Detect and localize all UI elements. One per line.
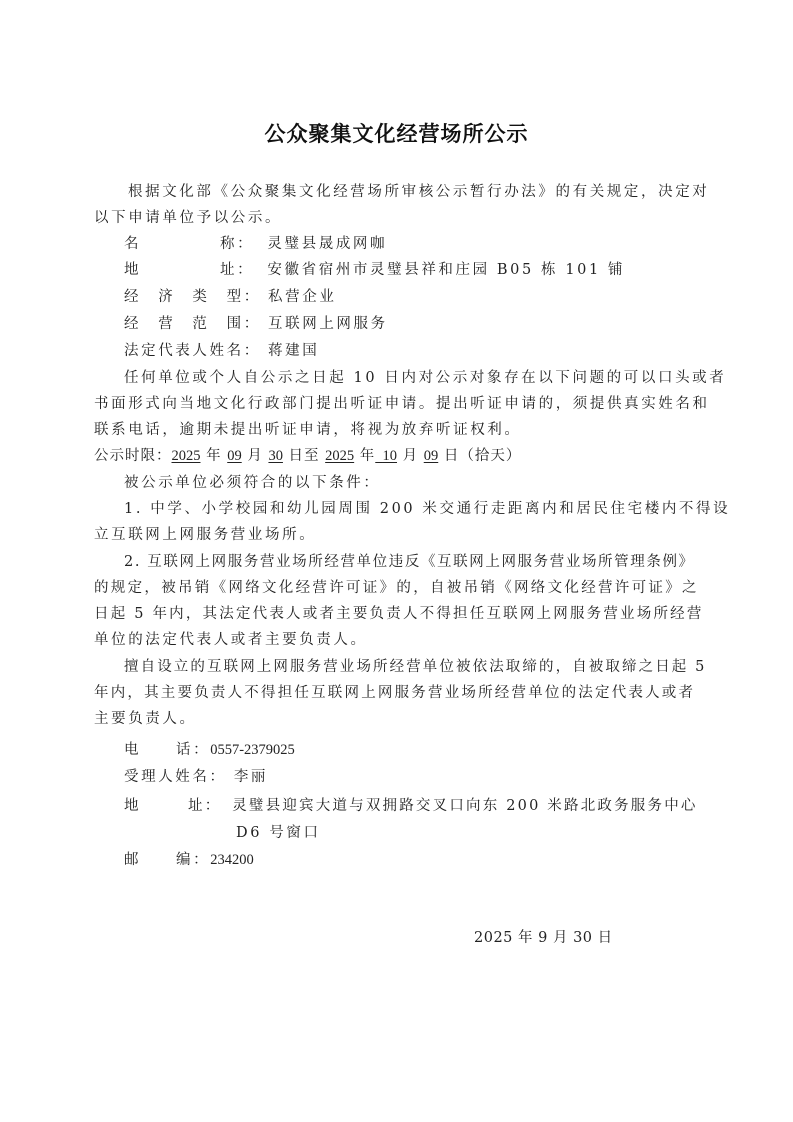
field-label: 名 xyxy=(124,232,220,253)
field-label: 址： xyxy=(220,262,254,278)
to-char: 日至 xyxy=(289,448,320,464)
month-char: 月 xyxy=(403,448,419,464)
economy-type-row: 经 济 类 型： 私营企业 xyxy=(124,285,336,306)
phone-value: 0557-2379025 xyxy=(210,742,295,758)
intro-line-1: 根据文化部《公众聚集文化经营场所审核公示暂行办法》的有关规定，决定对 xyxy=(128,180,709,201)
month-char: 月 xyxy=(247,448,263,464)
applicant-address-row: 地址： 安徽省宿州市灵璧县祥和庄园 B05 栋 101 铺 xyxy=(124,258,625,279)
hearing-line-1: 任何单位或个人自公示之日起 10 日内对公示对象存在以下问题的可以口头或者 xyxy=(124,366,726,387)
field-label: 编： xyxy=(176,852,210,868)
hearing-line-3: 联系电话，逾期未提出听证申请，将视为放弃听证权利。 xyxy=(94,418,522,439)
year-char: 年 xyxy=(360,448,376,464)
applicant-name-row: 名称： 灵璧县晟成网咖 xyxy=(124,232,387,253)
conditions-heading: 被公示单位必须符合的以下条件： xyxy=(124,471,381,492)
document-title: 公众聚集文化经营场所公示 xyxy=(0,118,793,148)
legal-rep-value: 蒋建国 xyxy=(268,343,319,359)
field-label: 邮 xyxy=(124,848,176,869)
day-char: 日 xyxy=(444,448,460,464)
year-char: 年 xyxy=(206,448,222,464)
intro-line-2: 以下申请单位予以公示。 xyxy=(94,206,282,227)
condition-2-line-1: 2. 互联网上网服务营业场所经营单位违反《互联网上网服务营业场所管理条例》 xyxy=(124,550,695,571)
business-scope-value: 互联网上网服务 xyxy=(268,316,388,332)
condition-1-line-2: 立互联网上网服务营业场所。 xyxy=(94,523,316,544)
field-label: 址： xyxy=(188,798,221,814)
economy-type-value: 私营企业 xyxy=(268,289,336,305)
field-label: 受理人姓名： xyxy=(124,769,227,785)
start-month: 09 xyxy=(227,448,242,464)
field-label: 称： xyxy=(220,236,254,252)
condition-2-line-4: 单位的法定代表人或者主要负责人。 xyxy=(94,628,368,649)
field-label: 地 xyxy=(124,258,220,279)
document-date: 2025 年 9 月 30 日 xyxy=(474,926,613,947)
field-label: 经 营 范 围： xyxy=(124,316,261,332)
end-month: 10 xyxy=(375,448,397,464)
publicity-period: 公示时限：2025 年 09 月 30 日至 2025 年 10 月 09 日（… xyxy=(94,444,521,465)
condition-2-line-2: 的规定，被吊销《网络文化经营许可证》的，自被吊销《网络文化经营许可证》之 xyxy=(94,576,699,597)
business-scope-row: 经 营 范 围： 互联网上网服务 xyxy=(124,312,388,333)
contact-phone-row: 电话：0557-2379025 xyxy=(124,738,295,759)
field-label: 法定代表人姓名： xyxy=(124,343,261,359)
end-day: 09 xyxy=(424,448,439,464)
postcode-value: 234200 xyxy=(210,852,254,868)
period-label: 公示时限： xyxy=(94,448,172,464)
field-label: 经 济 类 型： xyxy=(124,289,261,305)
condition-2-line-3: 日起 5 年内，其法定代表人或者主要负责人不得担任互联网上网服务营业场所经营 xyxy=(94,602,704,623)
legal-rep-row: 法定代表人姓名： 蒋建国 xyxy=(124,339,319,360)
applicant-name-value: 灵璧县晟成网咖 xyxy=(267,236,387,252)
contact-address-row: 地址： 灵璧县迎宾大道与双拥路交叉口向东 200 米路北政务服务中心 xyxy=(124,794,698,815)
condition-3-line-2: 年内，其主要负责人不得担任互联网上网服务营业场所经营单位的法定代表人或者 xyxy=(94,681,695,702)
duration: （拾天） xyxy=(459,448,521,464)
field-label: 电 xyxy=(124,738,176,759)
handler-value: 李丽 xyxy=(234,769,268,785)
condition-1-line-1: 1. 中学、小学校园和幼儿园周围 200 米交通行走距离内和居民住宅楼内不得设 xyxy=(124,497,730,518)
field-label: 地 xyxy=(124,794,188,815)
end-year: 2025 xyxy=(325,448,354,464)
condition-3-line-3: 主要负责人。 xyxy=(94,707,197,728)
applicant-address-value: 安徽省宿州市灵璧县祥和庄园 B05 栋 101 铺 xyxy=(267,262,625,278)
address-value-line-2: D6 号窗口 xyxy=(236,821,321,842)
field-label: 话： xyxy=(176,742,210,758)
start-day: 30 xyxy=(268,448,283,464)
contact-postcode-row: 邮编：234200 xyxy=(124,848,254,869)
hearing-line-2: 书面形式向当地文化行政部门提出听证申请。提出听证申请的，须提供真实姓名和 xyxy=(94,392,710,413)
condition-3-line-1: 擅自设立的互联网上网服务营业场所经营单位被依法取缔的，自被取缔之日起 5 xyxy=(124,655,706,676)
start-year: 2025 xyxy=(172,448,201,464)
address-value-line-1: 灵璧县迎宾大道与双拥路交叉口向东 200 米路北政务服务中心 xyxy=(232,798,697,814)
end-month-value: 10 xyxy=(383,448,398,464)
contact-handler-row: 受理人姓名： 李丽 xyxy=(124,765,268,786)
